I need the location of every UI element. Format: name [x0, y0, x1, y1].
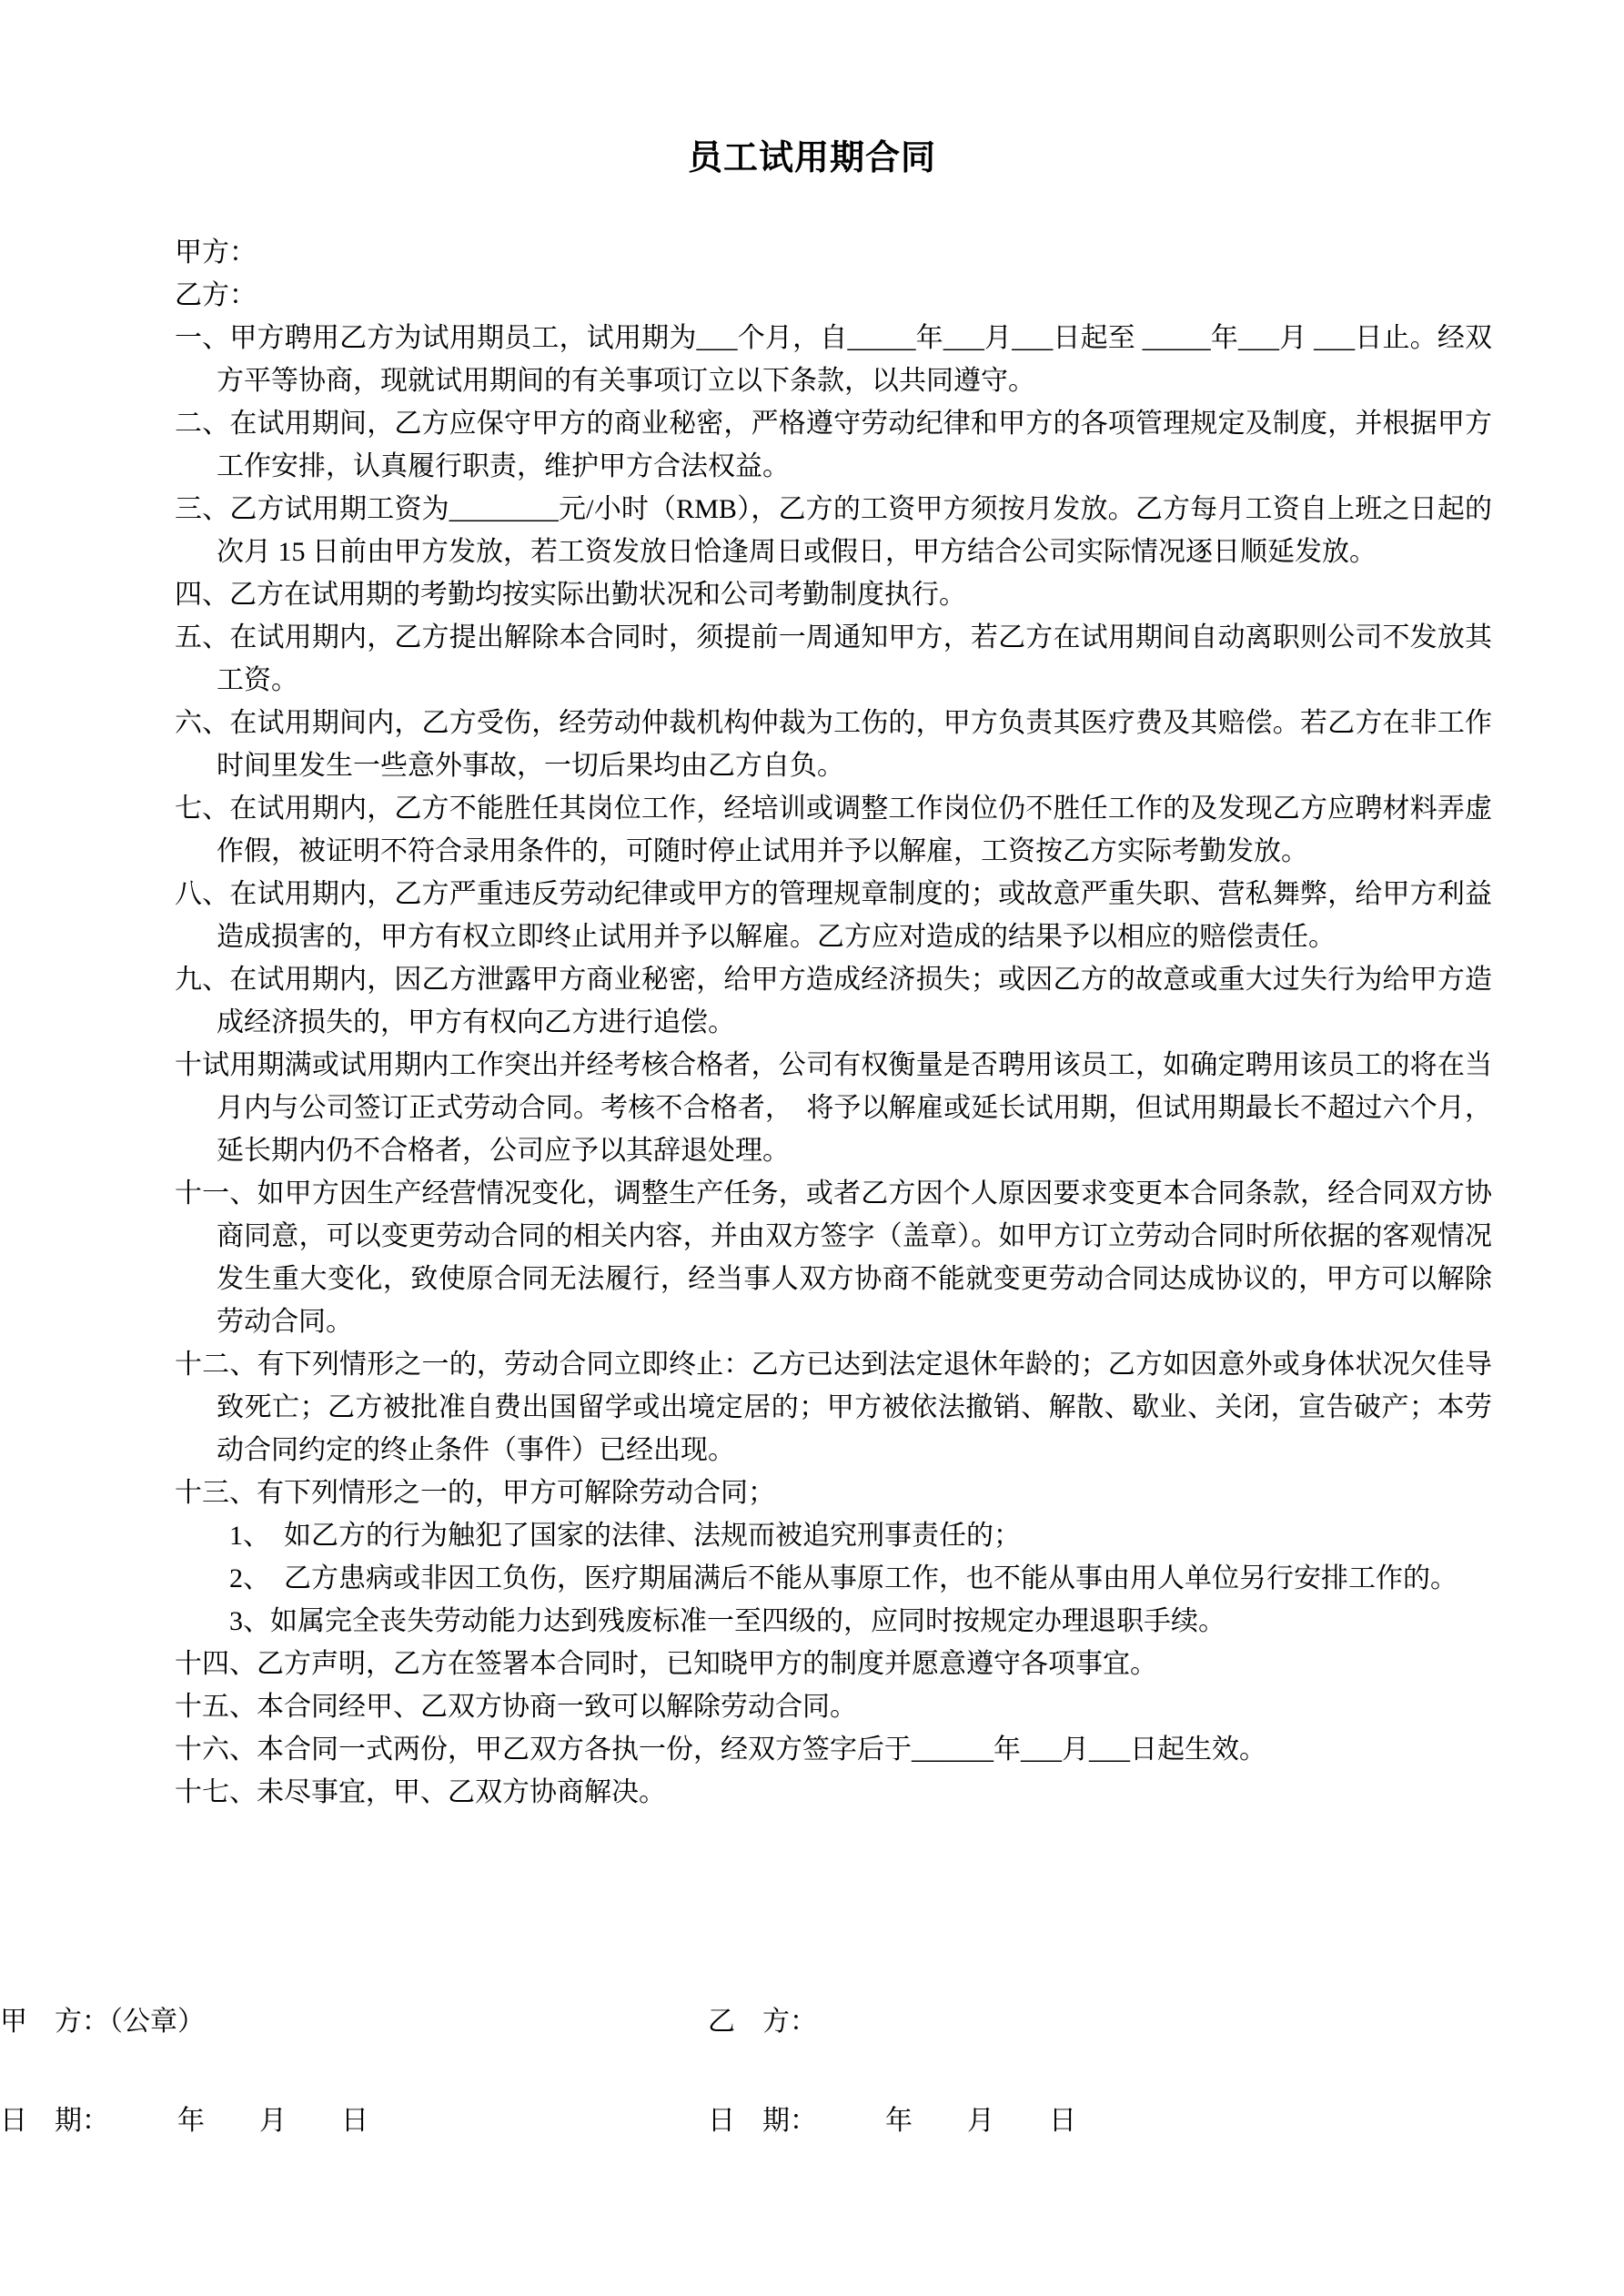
signature-block: 甲 方：（公章） 乙 方： 日 期： 年 月 日 日 期： 年 月 日 — [0, 2000, 1624, 2142]
party-a-signature-label: 甲 方：（公章） — [0, 2000, 708, 2043]
clause-11: 十一、如甲方因生产经营情况变化，调整生产任务，或者乙方因个人原因要求变更本合同条… — [175, 1172, 1492, 1343]
clause-7: 七、在试用期内，乙方不能胜任其岗位工作，经培训或调整工作岗位仍不胜任工作的及发现… — [175, 787, 1492, 873]
clause-17: 十七、未尽事宜，甲、乙双方协商解决。 — [175, 1771, 1492, 1814]
clause-16: 十六、本合同一式两份，甲乙双方各执一份，经双方签字后于______年___月__… — [175, 1728, 1492, 1771]
clause-5: 五、在试用期内，乙方提出解除本合同时，须提前一周通知甲方，若乙方在试用期间自动离… — [175, 616, 1492, 702]
party-a-date-label: 日 期： 年 月 日 — [0, 2099, 708, 2142]
clause-13-sub-2: 2、 乙方患病或非因工负伤，医疗期届满后不能从事原工作，也不能从事由用人单位另行… — [175, 1557, 1492, 1600]
clause-15: 十五、本合同经甲、乙双方协商一致可以解除劳动合同。 — [175, 1685, 1492, 1728]
contract-document-page: 员工试用期合同 甲方： 乙方： 一、甲方聘用乙方为试用期员工，试用期为___个月… — [0, 0, 1624, 2296]
party-b-line: 乙方： — [175, 274, 1492, 317]
party-b-date-label: 日 期： 年 月 日 — [708, 2099, 1076, 2142]
clause-2: 二、在试用期间，乙方应保守甲方的商业秘密，严格遵守劳动纪律和甲方的各项管理规定及… — [175, 402, 1492, 488]
clause-14: 十四、乙方声明，乙方在签署本合同时，已知晓甲方的制度并愿意遵守各项事宜。 — [175, 1643, 1492, 1685]
clause-6: 六、在试用期间内，乙方受伤，经劳动仲裁机构仲裁为工伤的，甲方负责其医疗费及其赔偿… — [175, 702, 1492, 787]
document-title: 员工试用期合同 — [0, 138, 1624, 180]
clause-13-sub-3: 3、如属完全丧失劳动能力达到残废标准一至四级的，应同时按规定办理退职手续。 — [175, 1600, 1492, 1643]
clause-9: 九、在试用期内，因乙方泄露甲方商业秘密，给甲方造成经济损失；或因乙方的故意或重大… — [175, 958, 1492, 1044]
clause-13: 十三、有下列情形之一的，甲方可解除劳动合同； — [175, 1472, 1492, 1514]
clause-4: 四、乙方在试用期的考勤均按实际出勤状况和公司考勤制度执行。 — [175, 573, 1492, 616]
clause-3: 三、乙方试用期工资为________元/小时（RMB），乙方的工资甲方须按月发放… — [175, 488, 1492, 573]
clause-13-sub-1: 1、 如乙方的行为触犯了国家的法律、法规而被追究刑事责任的； — [175, 1514, 1492, 1557]
clause-8: 八、在试用期内，乙方严重违反劳动纪律或甲方的管理规章制度的；或故意严重失职、营私… — [175, 873, 1492, 958]
contract-body: 甲方： 乙方： 一、甲方聘用乙方为试用期员工，试用期为___个月，自_____年… — [175, 231, 1492, 1814]
signature-name-row: 甲 方：（公章） 乙 方： — [0, 2000, 1624, 2043]
party-a-line: 甲方： — [175, 231, 1492, 274]
signature-date-row: 日 期： 年 月 日 日 期： 年 月 日 — [0, 2099, 1624, 2142]
clause-10: 十试用期满或试用期内工作突出并经考核合格者，公司有权衡量是否聘用该员工，如确定聘… — [175, 1044, 1492, 1172]
clause-1: 一、甲方聘用乙方为试用期员工，试用期为___个月，自_____年___月___日… — [175, 317, 1492, 402]
party-b-signature-label: 乙 方： — [708, 2000, 817, 2043]
clause-12: 十二、有下列情形之一的，劳动合同立即终止：乙方已达到法定退休年龄的；乙方如因意外… — [175, 1343, 1492, 1472]
